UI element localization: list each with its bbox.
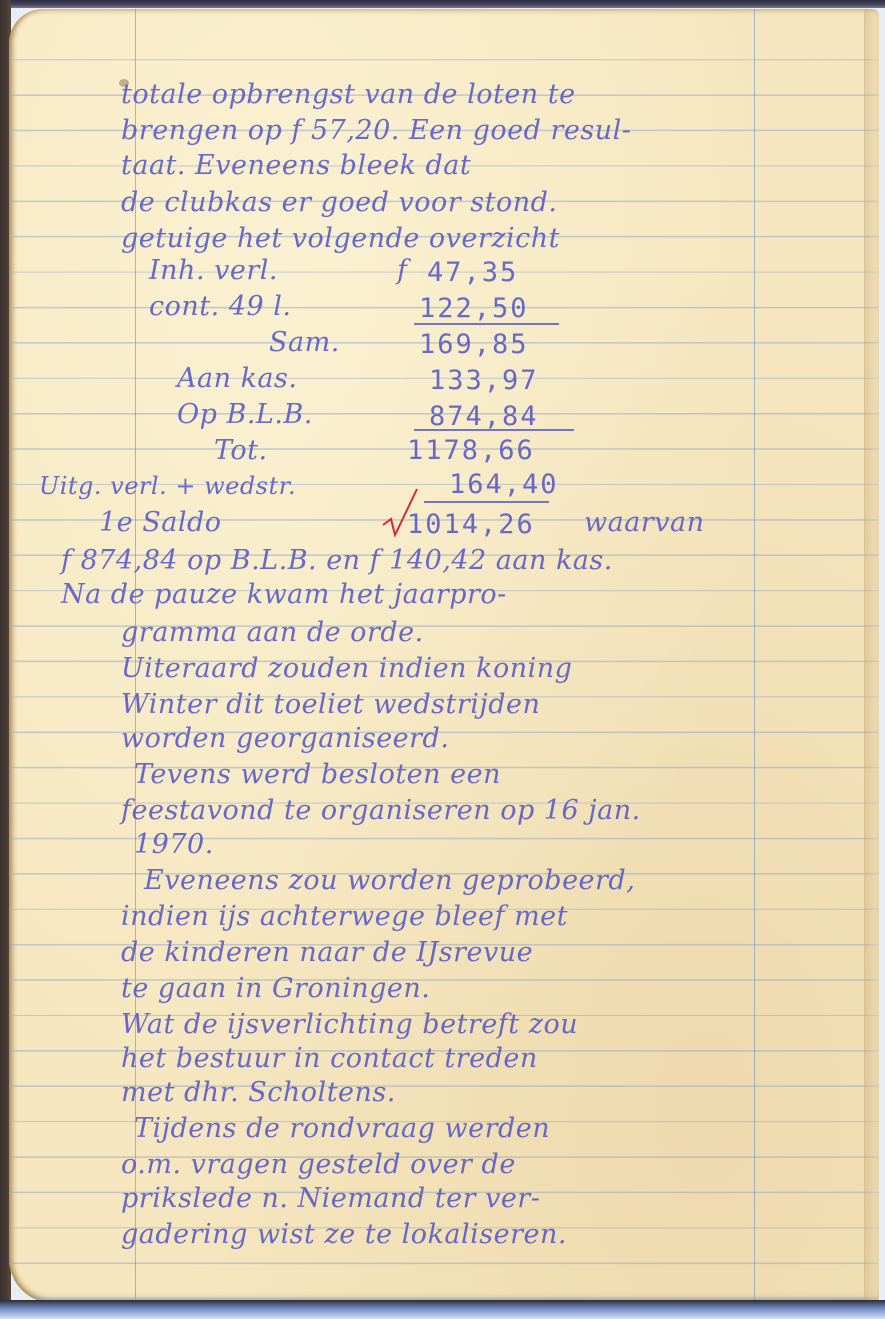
- notebook-page: totale opbrengst van de loten te brengen…: [9, 9, 879, 1303]
- ledger-label: 1e Saldo: [99, 509, 222, 536]
- red-checkmark-icon: [381, 487, 421, 537]
- ledger-label: Aan kas.: [177, 365, 297, 392]
- ledger-amount: 122,50: [419, 295, 529, 322]
- ledger-amount: 169,85: [419, 331, 529, 358]
- ledger-label: Op B.L.B.: [177, 401, 313, 428]
- text-line: getuige het volgende overzicht: [121, 225, 560, 252]
- ledger-currency: f: [397, 257, 408, 284]
- text-line: de kinderen naar de IJsrevue: [121, 939, 533, 966]
- text-line: worden georganiseerd.: [121, 725, 449, 752]
- ledger-amount: 874,84: [429, 403, 539, 430]
- text-line: gramma aan de orde.: [121, 619, 424, 646]
- ledger-amount: 164,40: [449, 471, 559, 498]
- right-margin-line: [754, 9, 755, 1303]
- text-line: met dhr. Scholtens.: [121, 1079, 396, 1106]
- text-line: o.m. vragen gesteld over de: [121, 1151, 516, 1178]
- ledger-suffix: waarvan: [584, 509, 704, 536]
- text-line: Uiteraard zouden indien koning: [121, 655, 572, 682]
- total-underline: [414, 429, 574, 431]
- ledger-amount: 1178,66: [407, 437, 535, 464]
- ledger-label: Inh. verl.: [149, 257, 278, 284]
- text-line: Wat de ijsverlichting betreft zou: [121, 1011, 578, 1038]
- text-line: prikslede n. Niemand ter ver-: [121, 1185, 540, 1212]
- sum-underline: [414, 323, 559, 325]
- text-line: indien ijs achterwege bleef met: [121, 903, 568, 930]
- text-line: 1970.: [134, 831, 214, 858]
- text-line: Eveneens zou worden geprobeerd,: [144, 867, 635, 894]
- ledger-amount: 1014,26: [407, 511, 535, 538]
- ledger-amount: 47,35: [427, 259, 518, 286]
- text-line: feestavond te organiseren op 16 jan.: [121, 797, 641, 824]
- ledger-label: Tot.: [214, 437, 268, 464]
- text-line: Tevens werd besloten een: [134, 761, 501, 788]
- scan-border-top: [0, 0, 885, 8]
- page-edge-fold: [864, 9, 879, 1303]
- scan-border-bottom: [0, 1300, 885, 1319]
- ledger-label: Uitg. verl. + wedstr.: [39, 474, 296, 498]
- text-line: taat. Eveneens bleek dat: [121, 152, 471, 179]
- ledger-label: cont. 49 l.: [149, 293, 291, 320]
- text-line: brengen op f 57,20. Een goed resul-: [121, 117, 631, 144]
- text-line: f 874,84 op B.L.B. en f 140,42 aan kas.: [61, 547, 613, 574]
- ledger-label: Sam.: [269, 329, 340, 356]
- text-line: totale opbrengst van de loten te: [121, 81, 576, 108]
- text-line: het bestuur in contact treden: [121, 1045, 538, 1072]
- text-line: Na de pauze kwam het jaarpro-: [61, 581, 507, 608]
- text-line: te gaan in Groningen.: [121, 975, 430, 1002]
- text-line: gadering wist ze te lokaliseren.: [121, 1221, 567, 1248]
- text-line: de clubkas er goed voor stond.: [121, 189, 558, 216]
- ledger-amount: 133,97: [429, 367, 539, 394]
- text-line: Winter dit toeliet wedstrijden: [121, 691, 540, 718]
- text-line: Tijdens de rondvraag werden: [134, 1115, 550, 1142]
- saldo-underline: [424, 501, 549, 503]
